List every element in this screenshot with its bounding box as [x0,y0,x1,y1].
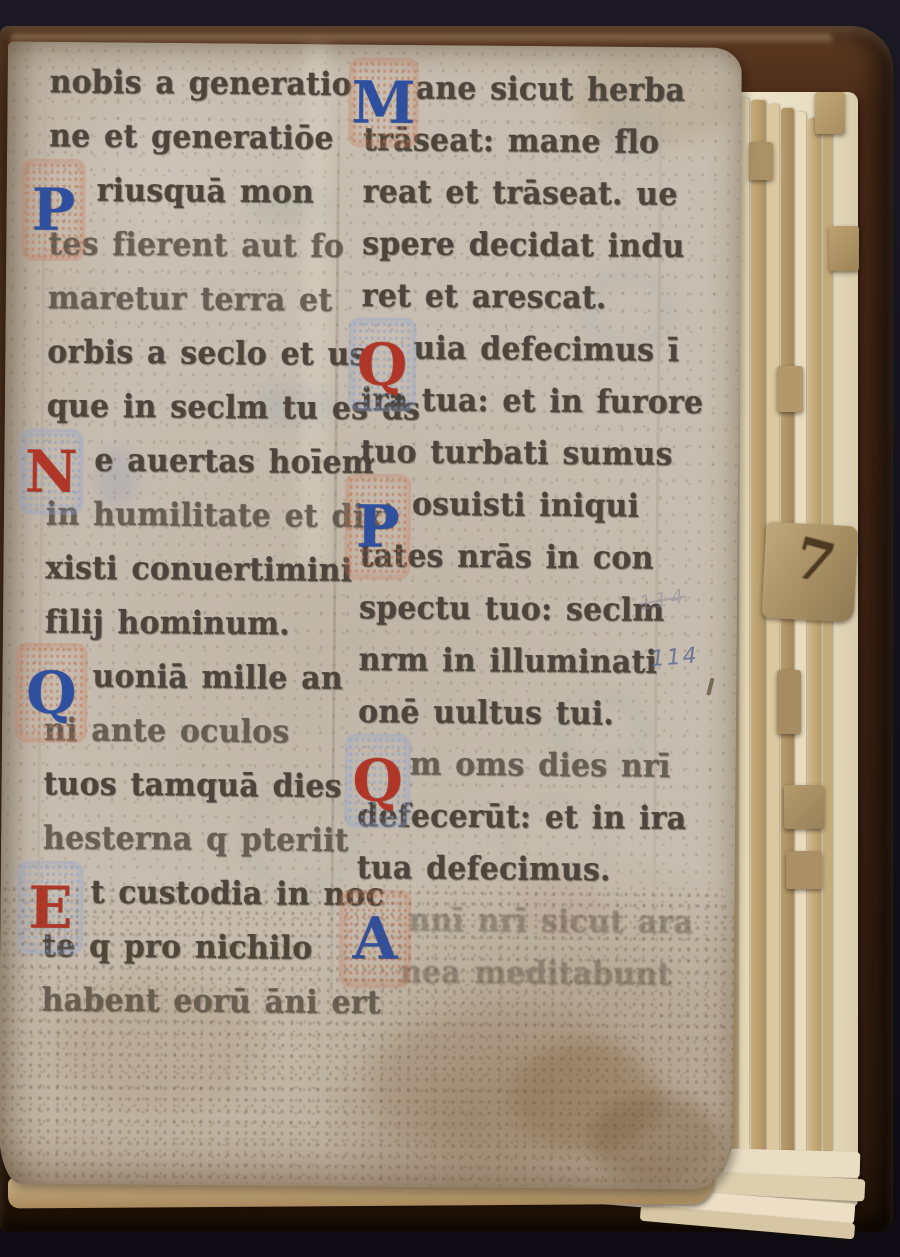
text-line: tuo turbati sumus [360,427,660,485]
text-line: onē uultus tui. [358,687,658,745]
initial-letter: N [24,443,78,501]
fore-edge-tab-marked: 7 [762,522,859,623]
initial-letter: E [28,879,73,937]
illuminated-initial-P: P [24,162,83,259]
text-line: ni ante oculos [44,704,350,764]
initial-letter: Q [357,335,408,393]
fore-edge-tab [749,142,773,180]
parchment-stain [370,1001,631,1163]
initial-letter: Q [26,664,77,722]
initial-letter: P [356,497,400,555]
text-line: que in seclm tu es ds [47,380,353,440]
fore-edge-tab [777,366,803,412]
initial-letter: Q [352,751,403,809]
manuscript-page: nobis a generatio ne et generatiōe riusq… [0,41,742,1189]
margin-tick-mark [706,677,714,695]
page-number: 114 [650,643,700,672]
text-line: spectu tuo: seclm [359,583,659,641]
fore-edge-tab [829,226,859,271]
text-line: tes fierent aut fo [48,218,354,278]
page-edge-strip [781,108,794,1170]
page-edge-strip [796,112,806,1164]
page-edge-strip [740,98,749,1182]
fore-edge-tab [815,92,845,134]
illuminated-initial-Q: Q [347,736,408,825]
initial-letter: P [31,181,75,239]
text-line: riusquā mon [48,164,354,224]
text-line: reat et trāseat. ue [362,167,662,225]
text-line: in humilitate et dixi [46,488,352,548]
text-line: nobis a generatio [49,56,355,116]
text-line: filij hominum. [45,596,351,656]
illuminated-initial-N: N [22,432,81,513]
text-line: ne et generatiōe [49,110,355,170]
fore-edge-tab [777,670,801,734]
illuminated-initial-E: E [20,864,81,953]
text-line: habent eorū āni ert [41,974,347,1034]
initial-letter: M [351,73,416,132]
page-edge-strip [823,124,832,1152]
page-edge-strip [808,118,821,1158]
text-line: hesterna q pteriit [43,812,349,872]
illuminated-initial-A: A [342,892,409,985]
fore-edge-tab [784,785,824,829]
fore-edge-tab [786,851,822,889]
text-line: orbis a seclo et us [47,326,353,386]
text-line: t custodia in noc [42,866,348,926]
illuminated-initial-Q: Q [18,646,85,741]
text-line: e auertas hoīem [46,434,352,494]
illuminated-initial-P: P [347,476,408,577]
text-line: spere decidat indu [362,219,662,277]
text-line: te q pro nichilo [42,920,348,980]
initial-letter: A [352,909,398,967]
text-line: tuos tamquā dies [43,758,349,818]
text-line: xisti conuertimini [45,542,351,602]
text-line: maretur terra et [47,272,353,332]
text-line: nrm in illuminati [358,635,658,693]
manuscript-photo: 7 nobis a generatio ne et generatiōe riu… [0,0,900,1257]
page-edge-strip [751,100,766,1178]
page-edge-strip [768,104,779,1174]
text-column-left: nobis a generatio ne et generatiōe riusq… [41,58,355,1033]
illuminated-initial-M: M [351,60,416,145]
illuminated-initial-Q: Q [351,320,414,409]
text-line: uoniā mille an [44,650,350,710]
